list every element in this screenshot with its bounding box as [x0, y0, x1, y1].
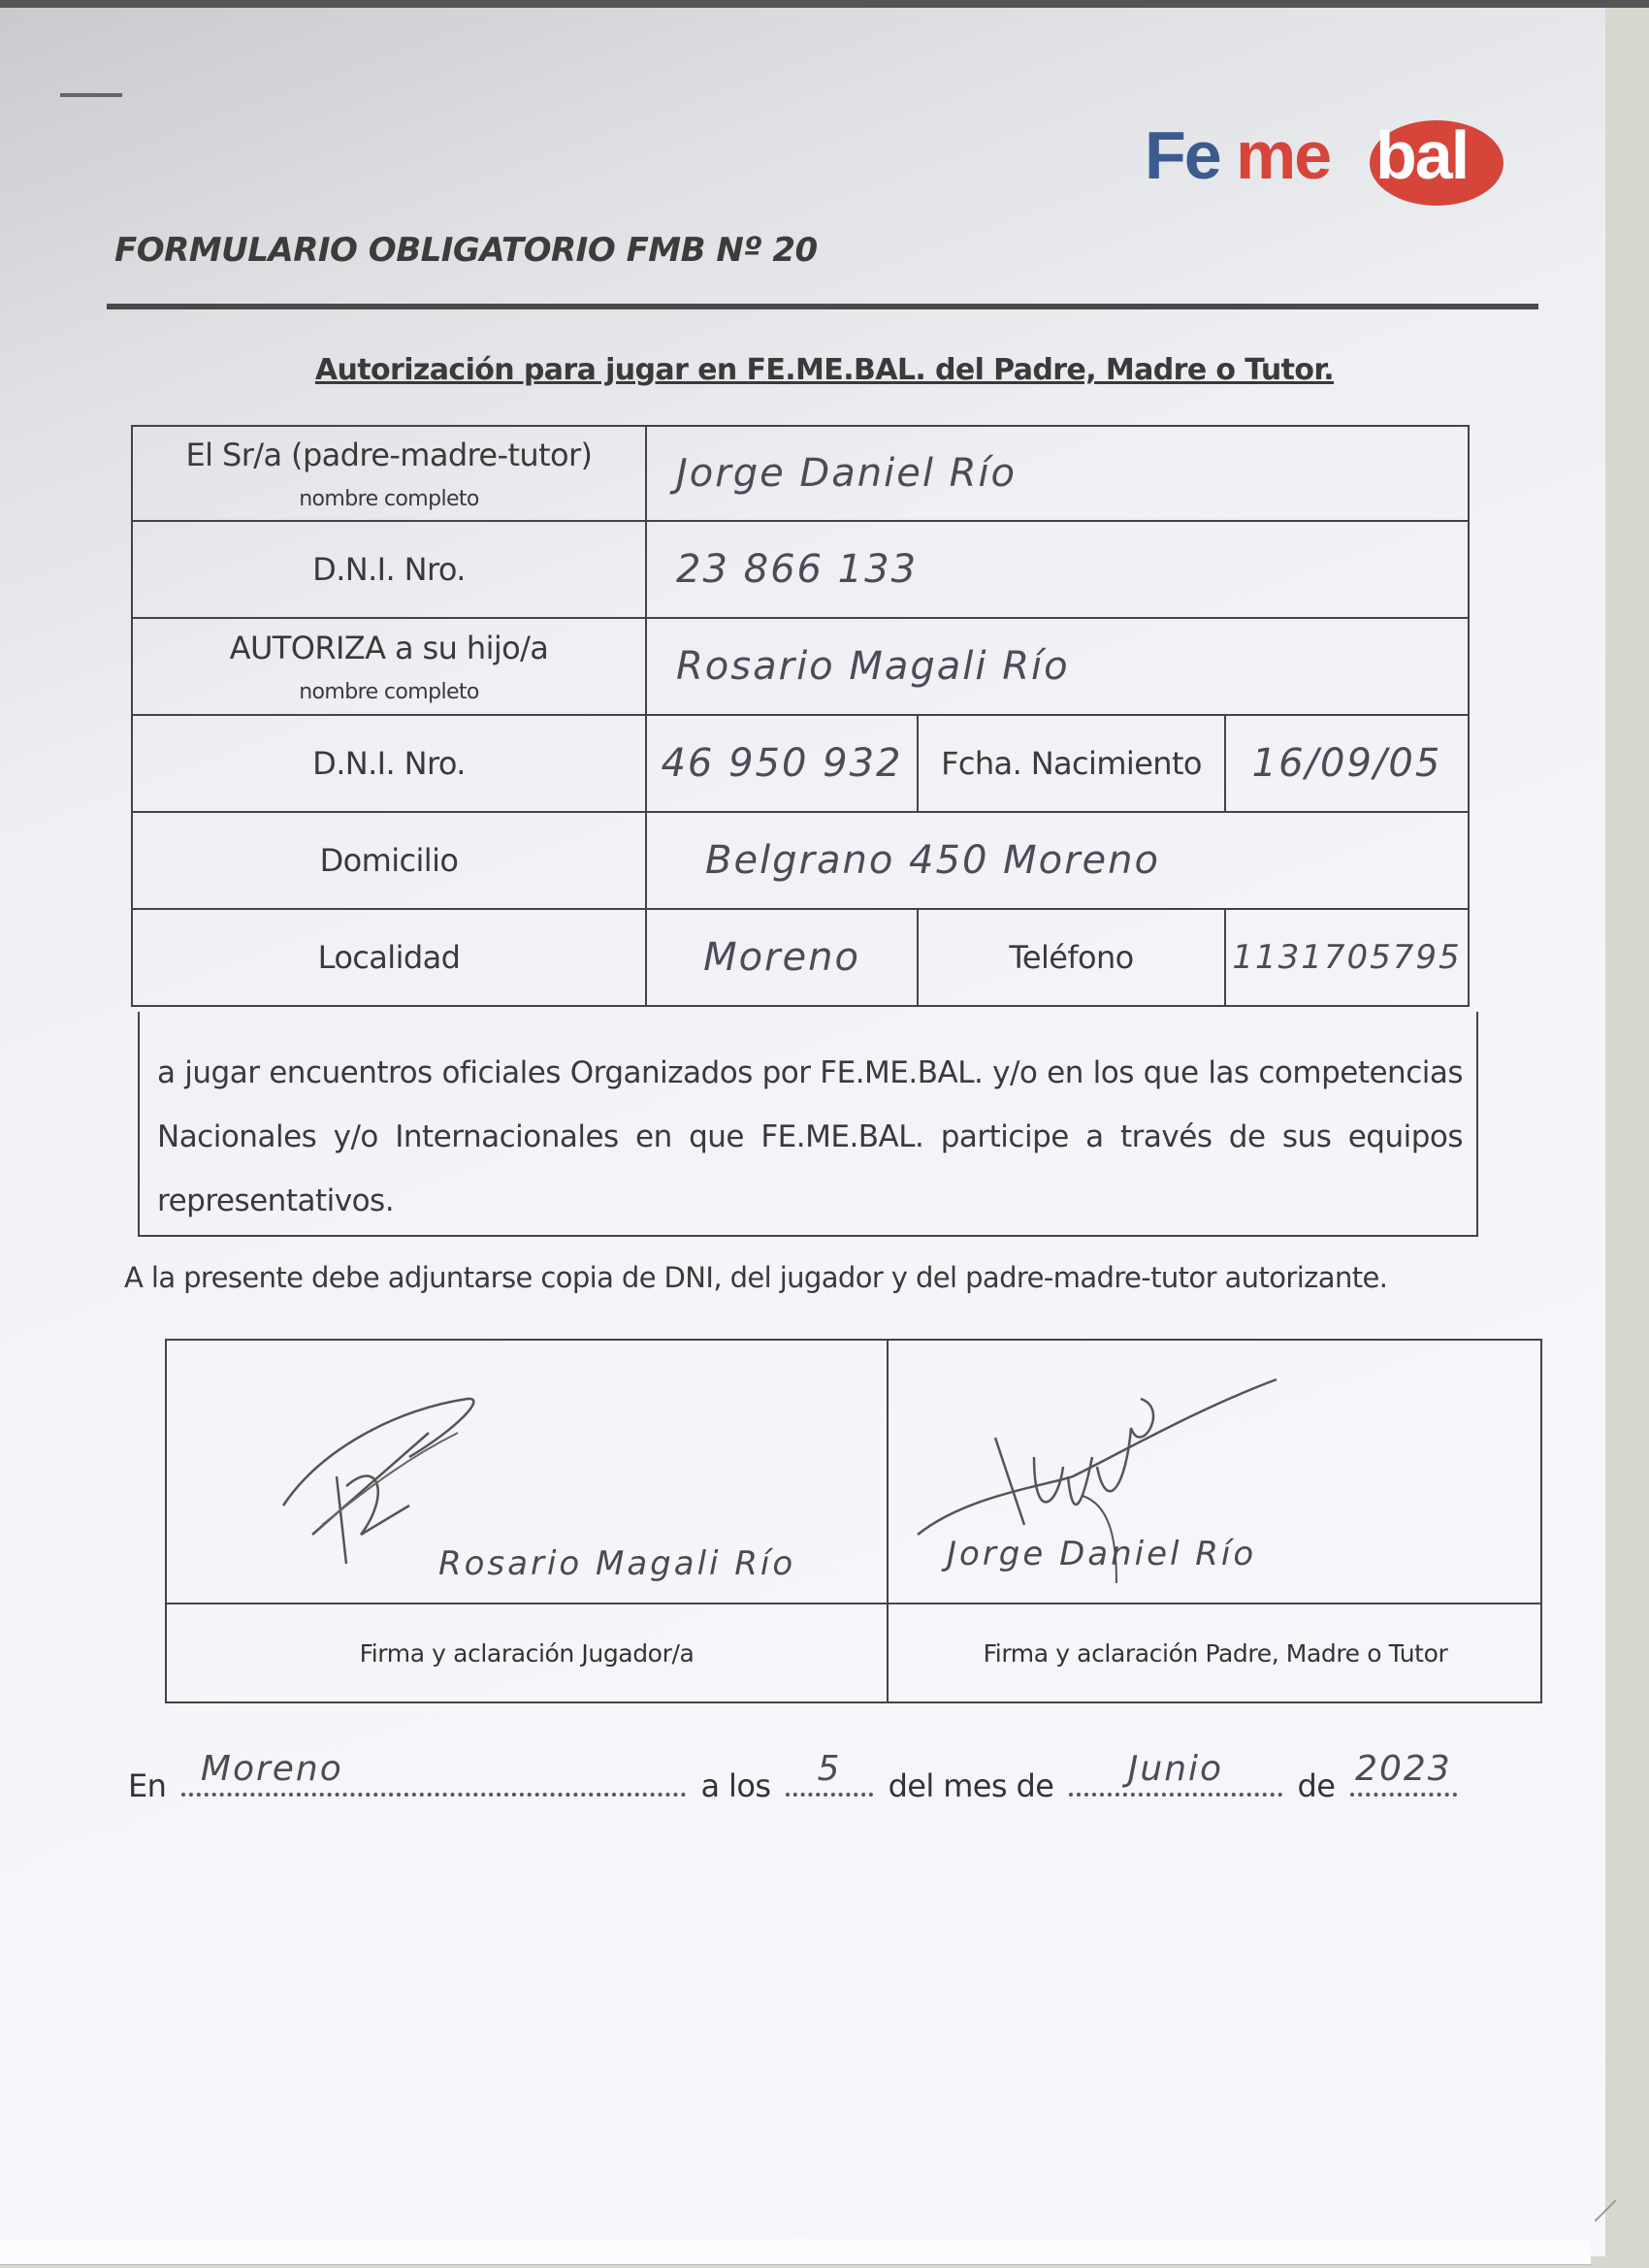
year-field[interactable]: 2023: [1350, 1766, 1457, 1797]
phone-label-cell: Teléfono: [919, 910, 1226, 1005]
authorization-table: El Sr/a (padre-madre-tutor) nombre compl…: [131, 425, 1470, 1007]
year-label: de: [1298, 1767, 1336, 1804]
player-signature-field[interactable]: Rosario Magali Río: [167, 1341, 887, 1603]
phone-label: Teléfono: [1009, 939, 1133, 976]
guardian-dni-field[interactable]: 23 866 133: [647, 522, 1468, 617]
table-row-guardian-name: El Sr/a (padre-madre-tutor) nombre compl…: [131, 425, 1470, 522]
guardian-label: El Sr/a (padre-madre-tutor): [186, 437, 593, 473]
form-title: FORMULARIO OBLIGATORIO FMB Nº 20: [114, 231, 818, 270]
folded-corner: [1595, 2200, 1617, 2222]
femebal-logo: Fe me bal: [1145, 116, 1533, 213]
document-page: Fe me bal FORMULARIO OBLIGATORIO FMB Nº …: [0, 8, 1605, 2256]
phone-field[interactable]: 1131705795: [1226, 910, 1468, 1005]
player-signature-name: Rosario Magali Río: [438, 1544, 795, 1583]
table-row-child-name: AUTORIZA a su hijo/a nombre completo Ros…: [131, 619, 1470, 716]
birth-date-label-cell: Fcha. Nacimiento: [919, 716, 1226, 811]
guardian-signature-field[interactable]: Jorge Daniel Río: [889, 1341, 1542, 1603]
table-row-locality: Localidad Moreno Teléfono 1131705795: [131, 910, 1470, 1007]
player-signature-label: Firma y aclaración Jugador/a: [167, 1604, 887, 1701]
guardian-dni-label-cell: D.N.I. Nro.: [133, 522, 647, 617]
guardian-sublabel: nombre completo: [299, 487, 479, 511]
guardian-dni-label: D.N.I. Nro.: [312, 551, 466, 588]
underlying-sheet: [0, 2239, 1591, 2265]
child-name-value: Rosario Magali Río: [676, 644, 1070, 689]
guardian-signature-label: Firma y aclaración Padre, Madre o Tutor: [889, 1604, 1542, 1701]
year-value: 2023: [1350, 1749, 1457, 1789]
date-prefix: En: [128, 1767, 166, 1804]
day-value: 5: [786, 1749, 873, 1789]
guardian-name-value: Jorge Daniel Río: [676, 451, 1017, 496]
child-dni-field[interactable]: 46 950 932: [647, 716, 919, 811]
subtitle-text: Autorización para jugar en FE.ME.BAL. de…: [315, 353, 1334, 387]
table-row-child-dni: D.N.I. Nro. 46 950 932 Fcha. Nacimiento …: [131, 716, 1470, 813]
scan-top-edge: [0, 0, 1649, 8]
locality-value: Moreno: [703, 935, 860, 980]
locality-label-cell: Localidad: [133, 910, 647, 1005]
scan-mark: [60, 93, 122, 97]
month-field[interactable]: Junio: [1069, 1766, 1282, 1797]
logo-text-me: me: [1236, 116, 1330, 194]
guardian-signature-name: Jorge Daniel Río: [947, 1535, 1256, 1573]
address-label: Domicilio: [320, 842, 459, 879]
day-field[interactable]: 5: [786, 1766, 873, 1797]
table-row-address: Domicilio Belgrano 450 Moreno: [131, 813, 1470, 910]
header-rule: [107, 304, 1538, 309]
birth-date-value: 16/09/05: [1252, 741, 1442, 786]
phone-value: 1131705795: [1232, 938, 1461, 977]
place-value: Moreno: [181, 1749, 686, 1789]
child-label-cell: AUTORIZA a su hijo/a nombre completo: [133, 619, 647, 714]
month-value: Junio: [1069, 1749, 1282, 1789]
form-subtitle: Autorización para jugar en FE.ME.BAL. de…: [0, 353, 1649, 387]
days-label: a los: [700, 1767, 770, 1804]
child-dni-label-cell: D.N.I. Nro.: [133, 716, 647, 811]
birth-date-label: Fcha. Nacimiento: [941, 745, 1202, 782]
child-dni-value: 46 950 932: [661, 741, 902, 786]
month-label: del mes de: [889, 1767, 1054, 1804]
authorization-text: a jugar encuentros oficiales Organizados…: [138, 1012, 1478, 1237]
locality-label: Localidad: [318, 939, 461, 976]
address-label-cell: Domicilio: [133, 813, 647, 908]
guardian-dni-value: 23 866 133: [676, 547, 918, 592]
place-field[interactable]: Moreno: [181, 1766, 686, 1797]
guardian-name-field[interactable]: Jorge Daniel Río: [647, 427, 1468, 520]
attachment-note: A la presente debe adjuntarse copia de D…: [124, 1261, 1387, 1294]
guardian-label-cell: El Sr/a (padre-madre-tutor) nombre compl…: [133, 427, 647, 520]
date-line: En Moreno a los 5 del mes de Junio de 20…: [128, 1766, 1463, 1804]
child-sublabel: nombre completo: [299, 680, 479, 704]
child-dni-label: D.N.I. Nro.: [312, 745, 466, 782]
child-label: AUTORIZA a su hijo/a: [230, 630, 549, 666]
address-value: Belgrano 450 Moreno: [676, 838, 1160, 883]
logo-text-bal: bal: [1375, 116, 1468, 194]
signature-table: Rosario Magali Río Jorge Daniel Río Firm…: [165, 1339, 1542, 1703]
child-name-field[interactable]: Rosario Magali Río: [647, 619, 1468, 714]
locality-field[interactable]: Moreno: [647, 910, 919, 1005]
logo-text-fe: Fe: [1145, 116, 1220, 194]
table-row-guardian-dni: D.N.I. Nro. 23 866 133: [131, 522, 1470, 619]
birth-date-field[interactable]: 16/09/05: [1226, 716, 1468, 811]
address-field[interactable]: Belgrano 450 Moreno: [647, 813, 1468, 908]
